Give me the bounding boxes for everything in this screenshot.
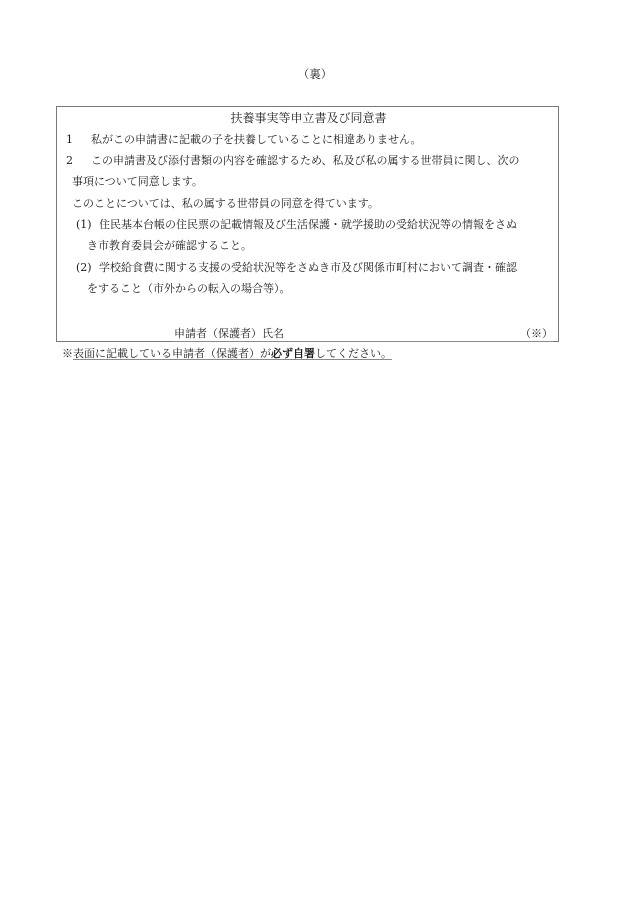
item-2-text-line1: この申請書及び添付書類の内容を確認するため、私及び私の属する世帯員に関し、次の [91, 154, 520, 168]
subitem-2-marker: (2) [76, 261, 92, 275]
footnote-text-before: 表面に記載している申請者（保護者）が [73, 347, 271, 360]
signature-label: 申請者（保護者）氏名 [174, 327, 284, 341]
footnote-text-after: してください。 [315, 347, 392, 360]
subitem-2-line1: 学校給食費に関する支援の受給状況等をさぬき市及び関係市町村において調査・確認 [99, 261, 517, 275]
footnote: ※表面に記載している申請者（保護者）が必ず自署してください。 [62, 347, 392, 361]
form-title: 扶養事実等申立書及び同意書 [57, 111, 560, 125]
consent-line: このことについては、私の属する世帯員の同意を得ています。 [72, 197, 379, 211]
item-1-number: 1 [66, 133, 73, 147]
footnote-prefix: ※ [62, 347, 73, 360]
signature-field[interactable]: 申請者（保護者）氏名 （※） [172, 327, 553, 342]
subitem-1-line1: 住民基本台帳の住民票の記載情報及び生活保護・就学援助の受給状況等の情報をさぬ [99, 218, 517, 232]
item-1-text: 私がこの申請書に記載の子を扶養していることに相違ありません。 [91, 133, 422, 147]
declaration-consent-box: 扶養事実等申立書及び同意書 1 私がこの申請書に記載の子を扶養していることに相違… [56, 106, 559, 342]
subitem-1-marker: (1) [76, 218, 92, 232]
item-2-text-line2: 事項について同意します。 [72, 175, 203, 189]
page-side-label: （裏） [0, 66, 630, 82]
signature-mark: （※） [520, 327, 553, 341]
subitem-2-line2: をすること（市外からの転入の場合等）。 [87, 282, 291, 296]
item-2-number: 2 [66, 154, 73, 168]
footnote-underlined-text: 表面に記載している申請者（保護者）が必ず自署してください。 [73, 347, 392, 360]
subitem-1-line2: き市教育委員会が確認すること。 [87, 239, 252, 253]
footnote-emphasis: 必ず自署 [271, 347, 315, 360]
